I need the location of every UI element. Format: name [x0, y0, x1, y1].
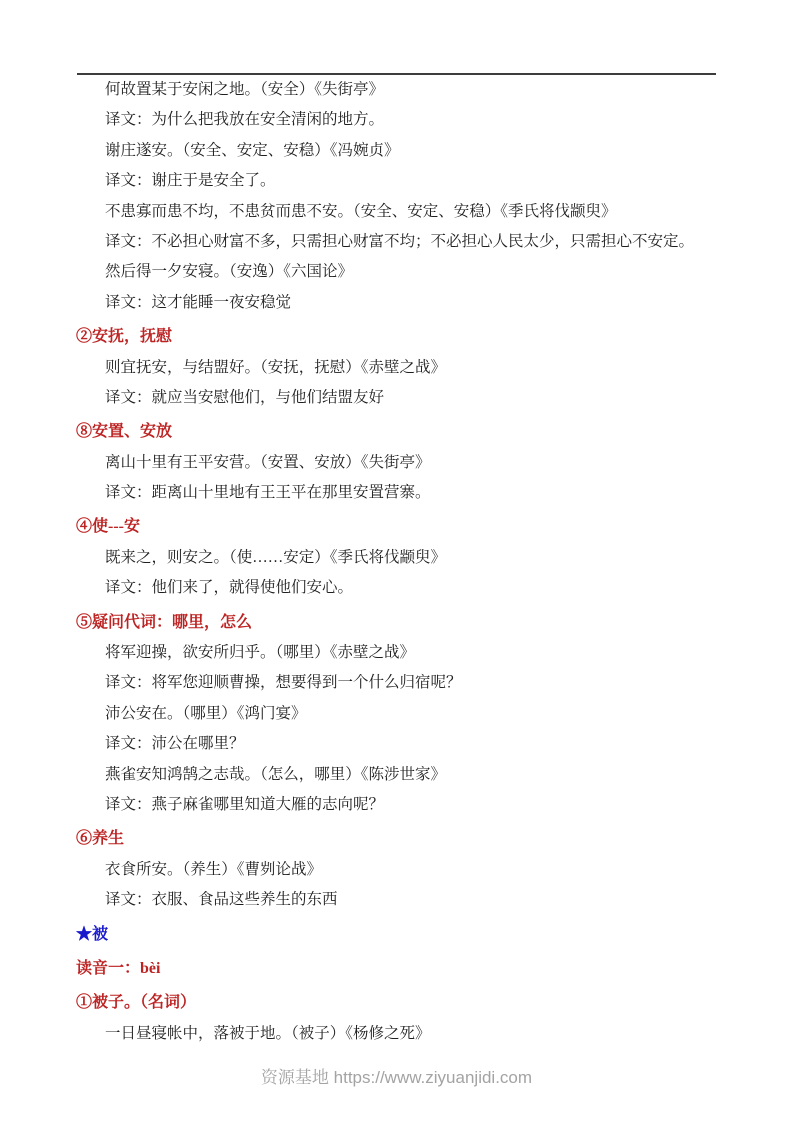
text-line: 谢庄遂安。（安全、安定、安稳）《冯婉贞》 — [0, 136, 793, 166]
text-line: 译文：沛公在哪里？ — [0, 729, 793, 759]
text-line: 译文：谢庄于是安全了。 — [0, 166, 793, 196]
section-heading: ⑤疑问代词：哪里，怎么 — [0, 608, 793, 638]
star-icon: ★ — [76, 926, 92, 943]
text-line: 将军迎操，欲安所归乎。（哪里）《赤壁之战》 — [0, 638, 793, 668]
text-line: 何故置某于安闲之地。（安全）《失街亭》 — [0, 75, 793, 105]
document-page: { "document": { "lines": [ {"kind": "bod… — [0, 0, 793, 1122]
section-heading: ⑧安置、安放 — [0, 417, 793, 447]
text-line: 译文：不必担心财富不多，只需担心财富不均；不必担心人民太少，只需担心不安定。 — [0, 227, 793, 257]
text-line: 译文：距离山十里地有王王平在那里安置营寨。 — [0, 478, 793, 508]
text-line: 译文：将军您迎顺曹操，想要得到一个什么归宿呢？ — [0, 668, 793, 698]
text-line: 不患寡而患不均，不患贫而患不安。（安全、安定、安稳）《季氏将伐颛臾》 — [0, 197, 793, 227]
text-line: 然后得一夕安寝。（安逸）《六国论》 — [0, 257, 793, 287]
text-line: 一日昼寝帐中，落被于地。（被子）《杨修之死》 — [0, 1019, 793, 1049]
text-line: 译文：这才能睡一夜安稳觉 — [0, 288, 793, 318]
text-line: 既来之，则安之。（使……安定）《季氏将伐颛臾》 — [0, 543, 793, 573]
text-line: 译文：为什么把我放在安全清闲的地方。 — [0, 105, 793, 135]
text-line: 衣食所安。（养生）《曹刿论战》 — [0, 855, 793, 885]
pronunciation-heading: 读音一：bèi — [0, 954, 793, 984]
text-line: 则宜抚安，与结盟好。（安抚，抚慰）《赤壁之战》 — [0, 353, 793, 383]
text-line: 燕雀安知鸿鹄之志哉。（怎么，哪里）《陈涉世家》 — [0, 760, 793, 790]
text-line: 译文：就应当安慰他们，与他们结盟友好 — [0, 383, 793, 413]
text-line: 译文：燕子麻雀哪里知道大雁的志向呢？ — [0, 790, 793, 820]
section-heading: ⑥养生 — [0, 824, 793, 854]
section-heading: ②安抚，抚慰 — [0, 322, 793, 352]
section-heading: ①被子。（名词） — [0, 988, 793, 1018]
section-heading: ④使---安 — [0, 512, 793, 542]
entry-word: 被 — [92, 926, 108, 943]
page-footer-watermark: 资源基地 https://www.ziyuanjidi.com — [0, 1063, 793, 1088]
text-line: 沛公安在。（哪里）《鸿门宴》 — [0, 699, 793, 729]
entry-heading: ★被 — [0, 920, 793, 950]
text-line: 译文：他们来了，就得使他们安心。 — [0, 573, 793, 603]
document-body: 何故置某于安闲之地。（安全）《失街亭》 译文：为什么把我放在安全清闲的地方。 谢… — [0, 75, 793, 1049]
text-line: 译文：衣服、食品这些养生的东西 — [0, 885, 793, 915]
text-line: 离山十里有王平安营。（安置、安放）《失街亭》 — [0, 448, 793, 478]
